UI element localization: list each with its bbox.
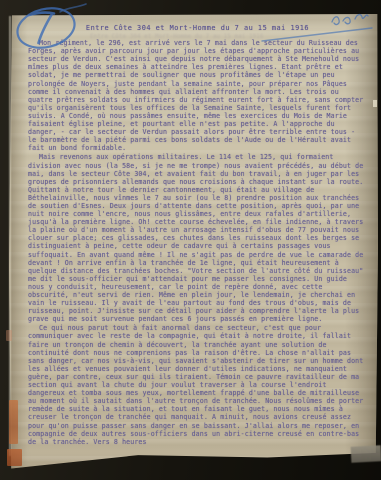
paper-left-edge [9,16,11,456]
tape-mark [9,400,18,444]
paper-curl [351,445,381,463]
handwritten-seven-top [29,13,54,15]
typed-text-block: Entre Côte 304 et Mort-Homme du 7 au 15 … [28,24,367,447]
tape-mark [6,330,12,341]
paper-speck [373,100,377,107]
typed-paragraph-2: Mais revenons aux opérations militaires.… [28,153,367,323]
typed-paragraph-3: Ce qui nous parut tout à fait anormal da… [28,324,367,445]
typed-paragraph-1: Mon régiment, le 296, est arrivé vers le… [28,39,367,152]
typed-title: Entre Côte 304 et Mort-Homme du 7 au 15 … [28,24,367,32]
crayon-stray-stroke [60,4,86,12]
tape-mark [7,449,22,466]
